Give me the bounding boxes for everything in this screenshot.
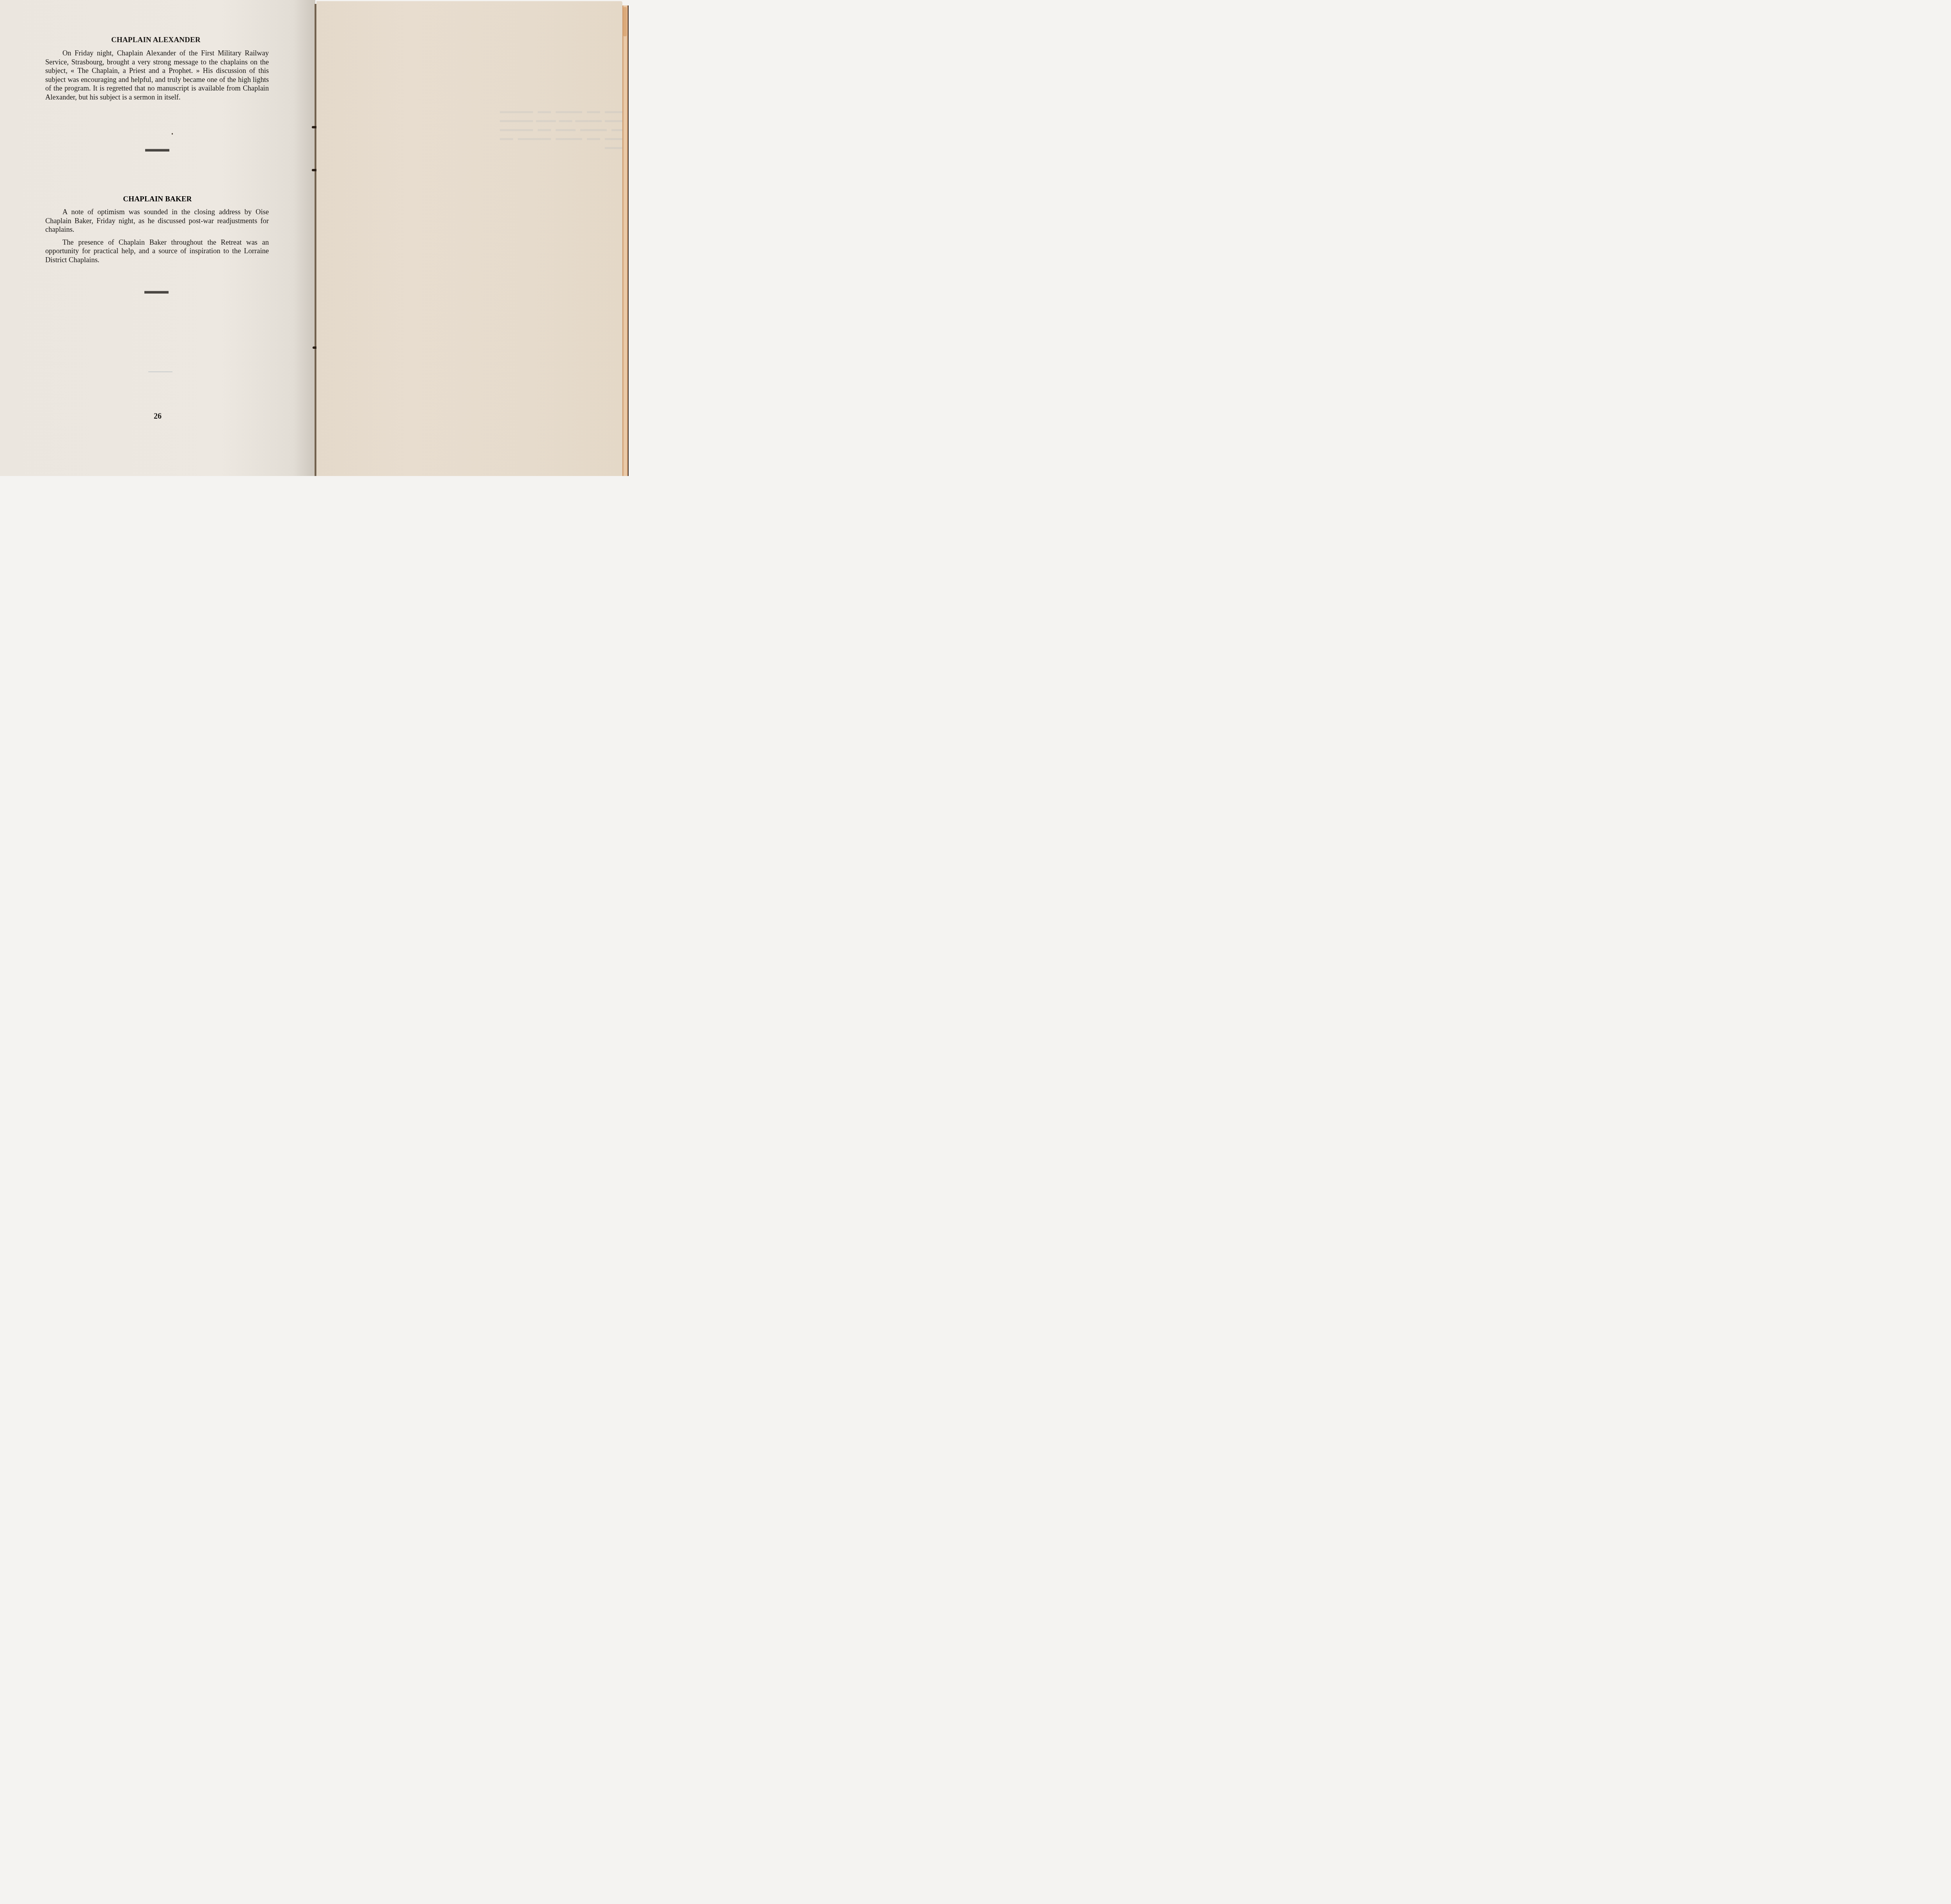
section-chaplain-baker: A note of optimism was sounded in the cl… [45,208,269,265]
right-page-blank: ▬▬▬ ▬▬ ▬▬▬▬ ▬▬ ▬▬▬▬▬ ▬▬▬ ▬▬▬▬ ▬▬ ▬▬▬ ▬▬▬… [316,1,622,476]
paragraph-baker-1: A note of optimism was sounded in the cl… [45,208,269,234]
ink-speck [172,133,173,135]
cover-edge [622,5,629,476]
show-through-rule [148,371,172,372]
left-page: CHAPLAIN ALEXANDER On Friday night, Chap… [0,0,315,476]
heading-chaplain-baker: CHAPLAIN BAKER [62,195,252,204]
divider-thin-line [144,291,169,292]
paragraph-baker-2: The presence of Chaplain Baker throughou… [45,238,269,265]
divider-double-rule [145,149,169,151]
divider-double-rule [144,291,169,293]
booklet-spread: CHAPLAIN ALEXANDER On Friday night, Chap… [0,0,637,476]
divider-thin-line [145,149,169,150]
show-through-texture: ▬▬▬ ▬▬ ▬▬▬▬ ▬▬ ▬▬▬▬▬ ▬▬▬ ▬▬▬▬ ▬▬ ▬▬▬ ▬▬▬… [500,107,625,151]
paragraph-alexander-1: On Friday night, Chaplain Alexander of t… [45,49,269,102]
section-chaplain-alexander: CHAPLAIN ALEXANDER On Friday night, Chap… [45,36,269,102]
page-number: 26 [154,412,162,421]
heading-chaplain-alexander: CHAPLAIN ALEXANDER [67,36,245,44]
cover-stain [623,7,627,36]
divider-thick-line [145,150,169,151]
divider-thick-line [144,292,169,293]
